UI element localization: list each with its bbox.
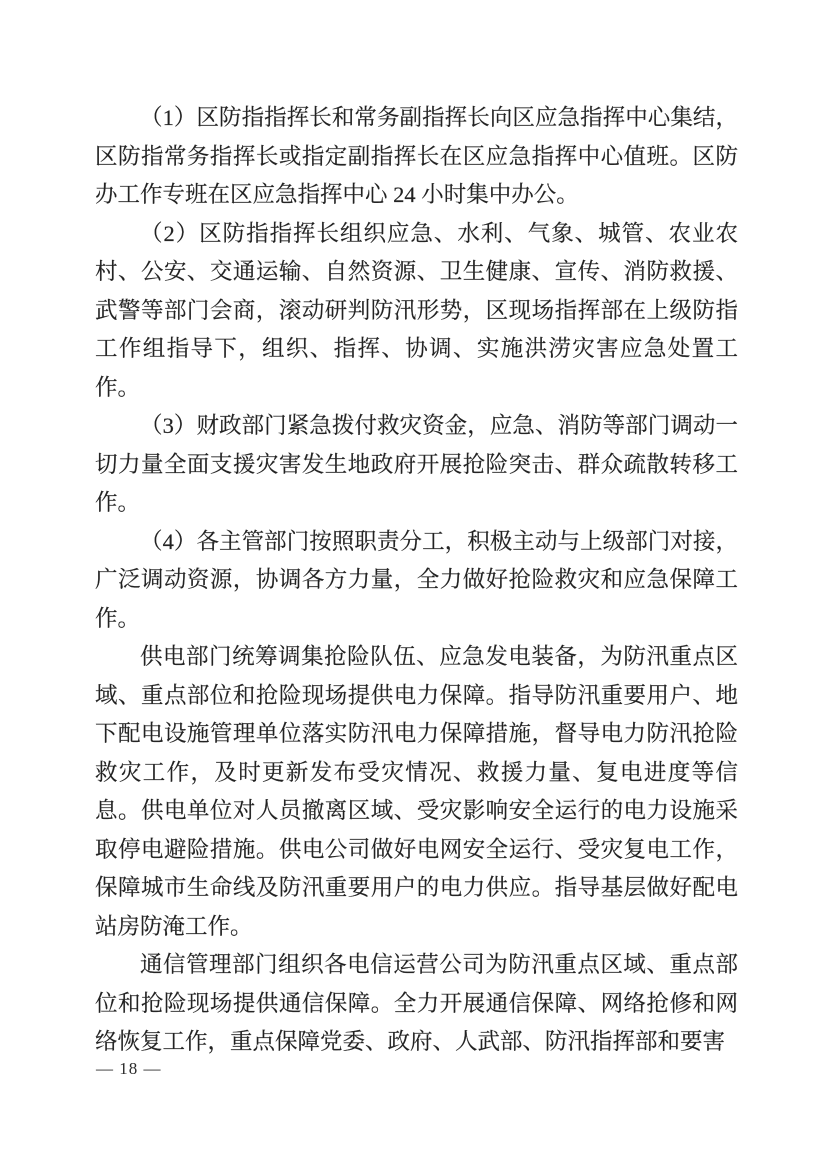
paragraph-3: （3）财政部门紧急拨付救灾资金，应急、消防等部门调动一切力量全面支援灾害发生地政… xyxy=(95,407,738,523)
paragraph-5: 供电部门统筹调集抢险队伍、应急发电装备，为防汛重点区域、重点部位和抢险现场提供电… xyxy=(95,638,738,946)
paragraph-4: （4）各主管部门按照职责分工，积极主动与上级部门对接，广泛调动资源，协调各方力量… xyxy=(95,523,738,639)
document-page: （1）区防指指挥长和常务副指挥长向区应急指挥中心集结，区防指常务指挥长或指定副指… xyxy=(0,0,826,1169)
document-body: （1）区防指指挥长和常务副指挥长向区应急指挥中心集结，区防指常务指挥长或指定副指… xyxy=(95,99,738,1062)
paragraph-1: （1）区防指指挥长和常务副指挥长向区应急指挥中心集结，区防指常务指挥长或指定副指… xyxy=(95,99,738,215)
paragraph-6: 通信管理部门组织各电信运营公司为防汛重点区域、重点部位和抢险现场提供通信保障。全… xyxy=(95,946,738,1062)
page-number: — 18 — xyxy=(96,1058,162,1080)
paragraph-2: （2）区防指指挥长组织应急、水利、气象、城管、农业农村、公安、交通运输、自然资源… xyxy=(95,215,738,408)
